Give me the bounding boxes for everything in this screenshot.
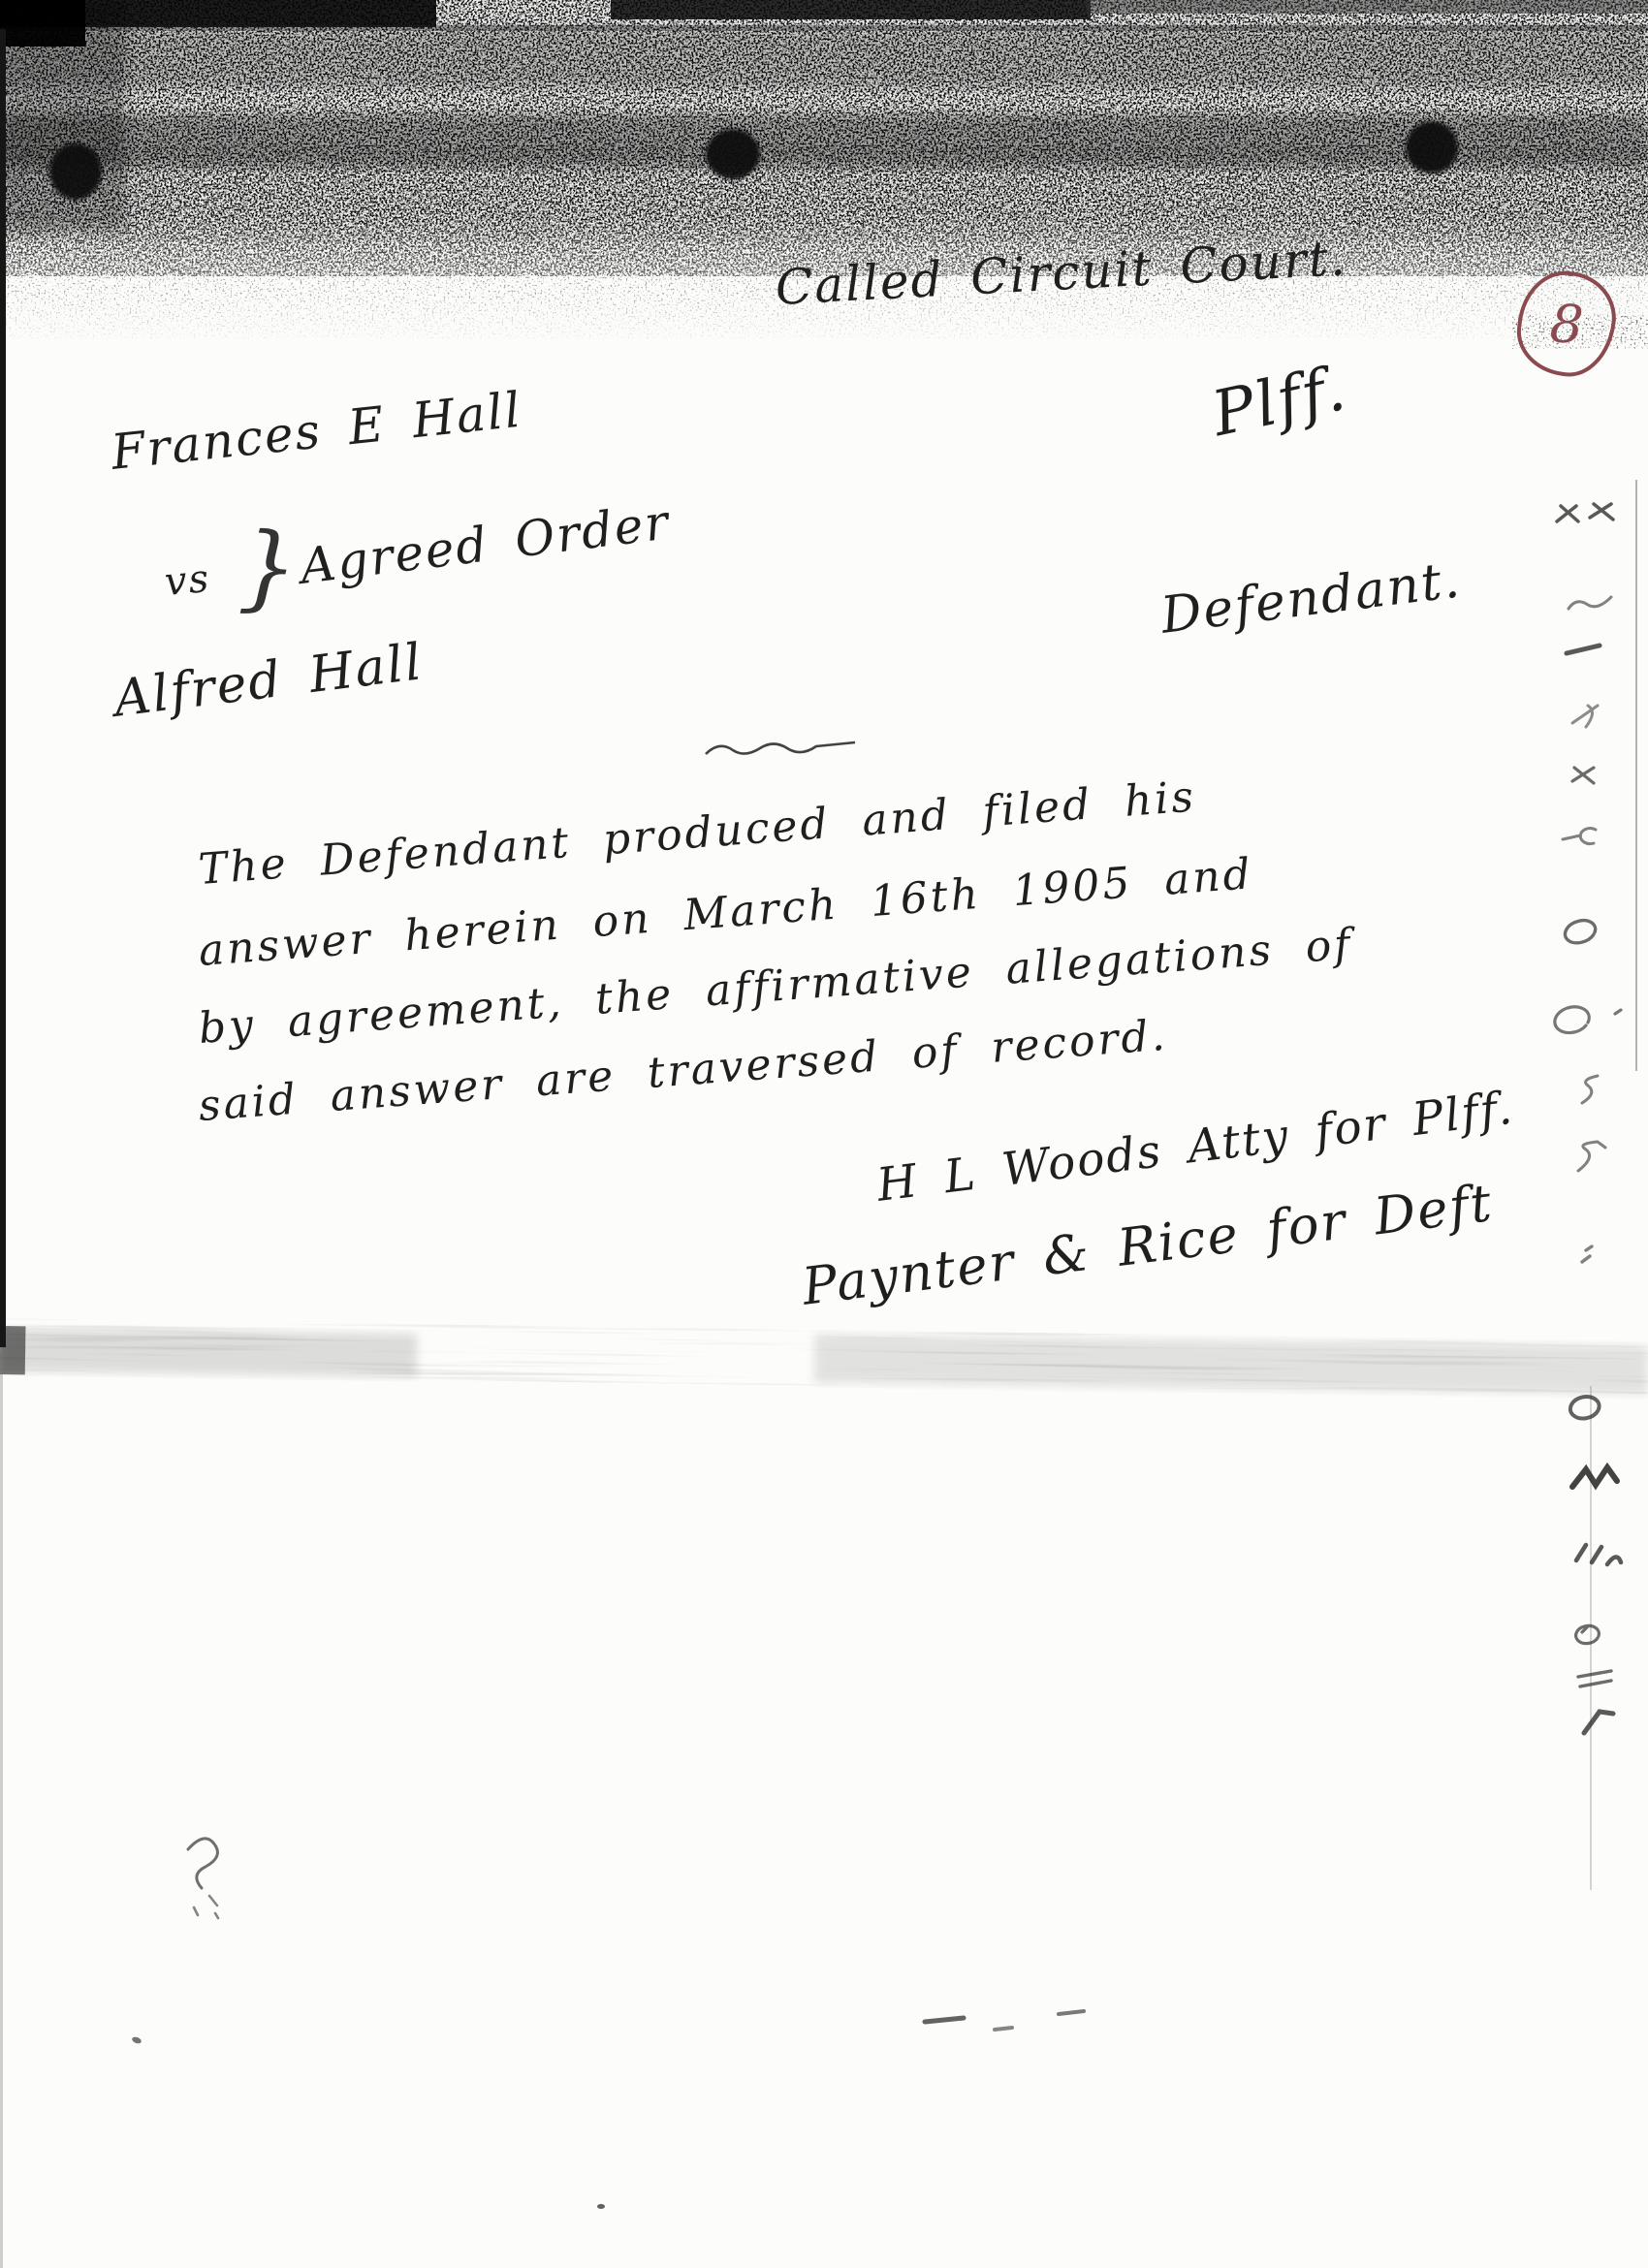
fold-crease xyxy=(0,1299,1648,1415)
defendant-label: Defendant. xyxy=(1157,551,1464,645)
scan-edge-line-faint xyxy=(0,1347,3,2268)
flourish-divider xyxy=(698,729,863,768)
page-number: 8 xyxy=(1548,293,1585,356)
plaintiff-name: Frances E Hall xyxy=(109,382,524,481)
plaintiff-abbrev-label: Plff. xyxy=(1206,353,1352,451)
scan-edge-line xyxy=(0,29,6,1347)
scanned-document-page: 8 Called Circuit Court. Plff. Defendant.… xyxy=(0,0,1648,2268)
ink-speck xyxy=(131,2035,142,2044)
case-brace: } xyxy=(237,512,301,622)
order-title: Agreed Order xyxy=(297,493,673,594)
punch-hole-icon xyxy=(49,143,102,200)
ink-bleed-column xyxy=(1543,483,1648,1743)
ink-scribble-mark xyxy=(155,1822,262,1929)
punch-hole-icon xyxy=(706,129,760,179)
punch-hole-icon xyxy=(1406,121,1458,173)
ink-dash-marks xyxy=(902,1997,1125,2045)
ink-speck xyxy=(597,2204,605,2209)
defendant-name: Alfred Hall xyxy=(111,633,426,729)
versus-label: vs xyxy=(163,556,212,605)
